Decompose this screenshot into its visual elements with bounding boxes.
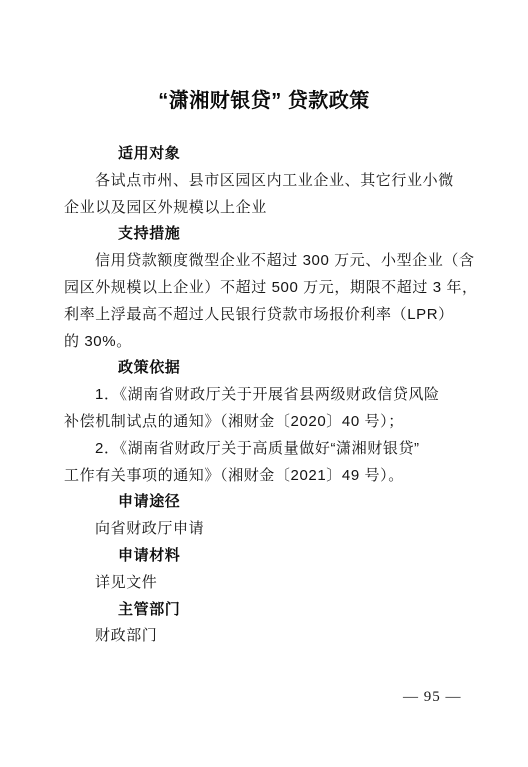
- paragraph-line: 1．《湖南省财政厅关于开展省县两级财政信贷风险: [64, 382, 466, 409]
- page-number: — 95 —: [403, 689, 462, 706]
- paragraph-line: 补偿机制试点的通知》（湘财金〔2020〕40 号）；: [64, 409, 466, 436]
- section-heading-policy-basis: 政策依据: [64, 355, 466, 382]
- paragraph-line: 企业以及园区外规模以上企业: [64, 195, 466, 222]
- document-body: 适用对象 各试点市州、县市区园区内工业企业、其它行业小微 企业以及园区外规模以上…: [64, 141, 466, 650]
- paragraph-line: 园区外规模以上企业）不超过 500 万元，期限不超过 3 年，: [64, 275, 466, 302]
- document-page: “潇湘财银贷” 贷款政策 适用对象 各试点市州、县市区园区内工业企业、其它行业小…: [0, 0, 528, 767]
- paragraph-line: 各试点市州、县市区园区内工业企业、其它行业小微: [64, 168, 466, 195]
- paragraph-line: 财政部门: [64, 623, 466, 650]
- section-heading-application-route: 申请途径: [64, 489, 466, 516]
- paragraph-line: 2．《湖南省财政厅关于高质量做好“潇湘财银贷”: [64, 436, 466, 463]
- paragraph-line: 工作有关事项的通知》（湘财金〔2021〕49 号）。: [64, 463, 466, 490]
- paragraph-line: 详见文件: [64, 570, 466, 597]
- page-title: “潇湘财银贷” 贷款政策: [64, 84, 464, 113]
- section-heading-competent-department: 主管部门: [64, 597, 466, 624]
- paragraph-line: 利率上浮最高不超过人民银行贷款市场报价利率（LPR）: [64, 302, 466, 329]
- paragraph-line: 向省财政厅申请: [64, 516, 466, 543]
- section-heading-support-measures: 支持措施: [64, 221, 466, 248]
- section-heading-application-materials: 申请材料: [64, 543, 466, 570]
- paragraph-line: 信用贷款额度微型企业不超过 300 万元、小型企业（含: [64, 248, 466, 275]
- paragraph-line: 的 30%。: [64, 329, 466, 356]
- section-heading-applicable-objects: 适用对象: [64, 141, 466, 168]
